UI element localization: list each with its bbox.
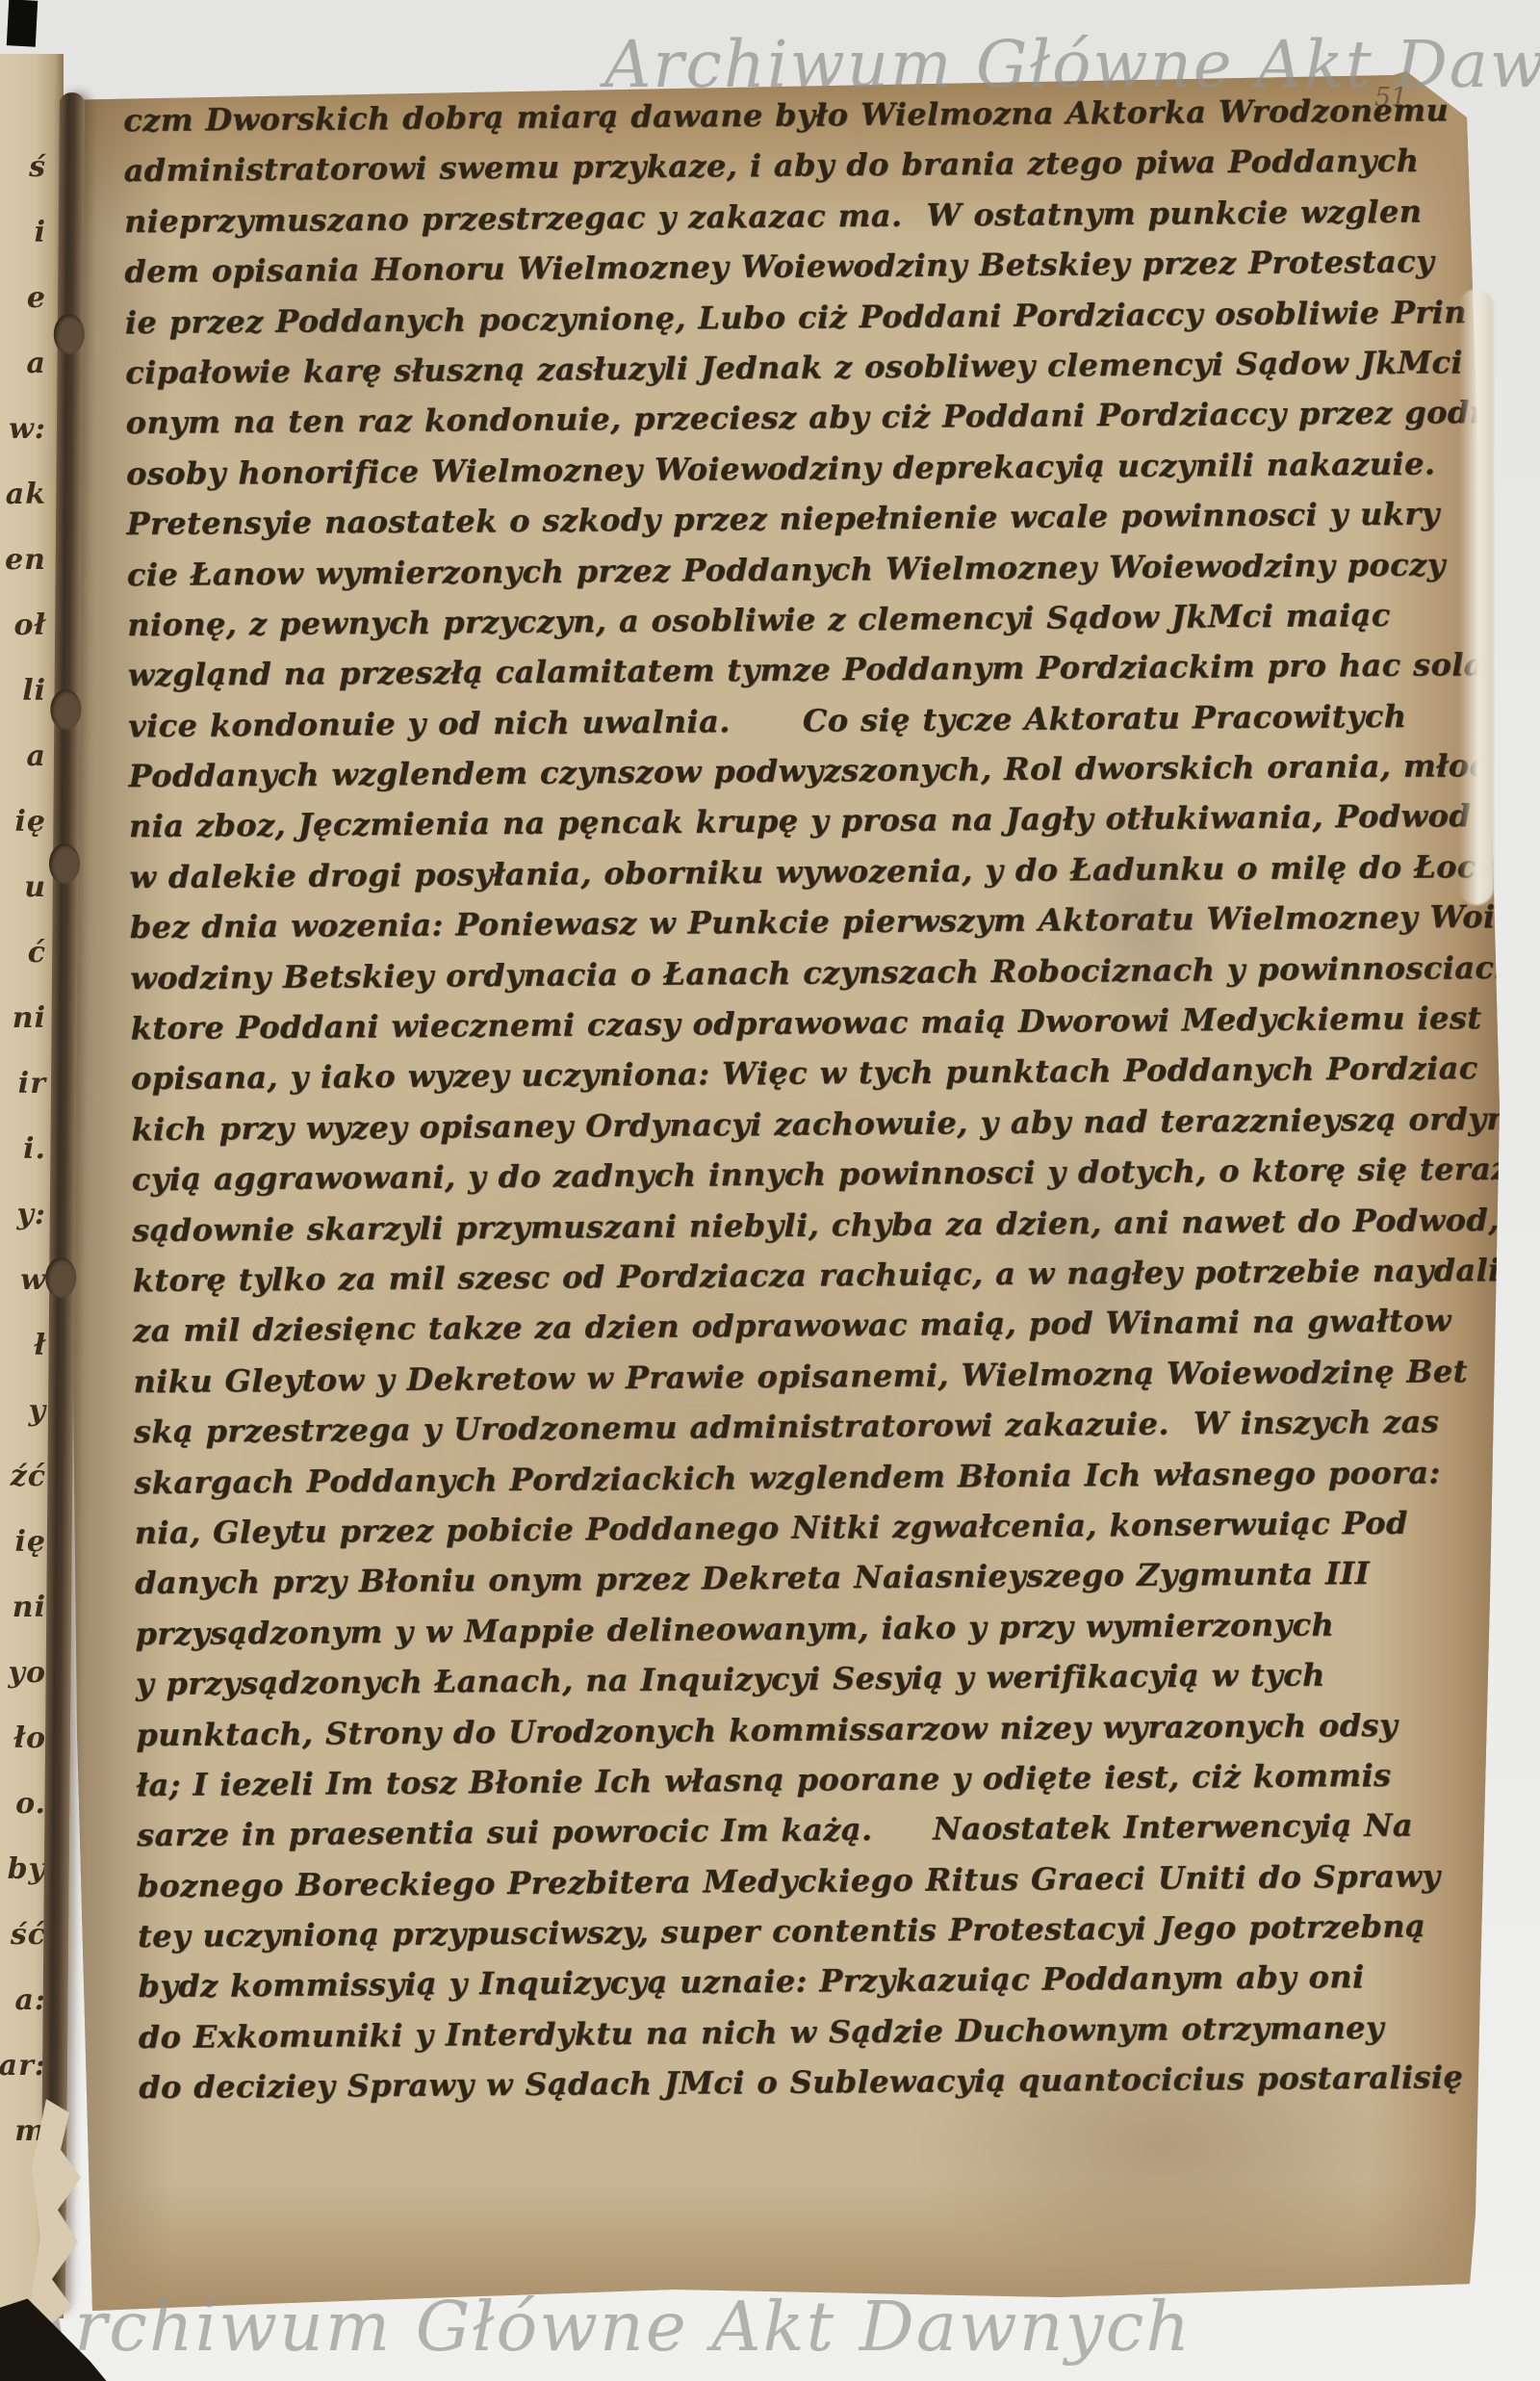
margin-text-fragment: ię [15, 1525, 46, 1559]
torn-right-edge [1459, 289, 1494, 905]
watermark-bottom: Archiwum Główne Akt Dawnych [23, 2287, 1192, 2367]
margin-text-fragment: ię [15, 805, 46, 839]
margin-text-fragment: en [5, 543, 46, 577]
margin-text-fragment: ni [13, 1591, 46, 1624]
margin-text-fragment: oł [13, 608, 46, 642]
margin-text-fragment: i [35, 216, 46, 249]
margin-text-fragment: y: [16, 1198, 46, 1231]
margin-text-fragment: ni [13, 1001, 46, 1035]
margin-text-fragment: ir [18, 1067, 46, 1100]
margin-text-fragment: w: [9, 412, 46, 446]
margin-text-fragment: yo [9, 1656, 46, 1690]
margin-text-fragment: ś [29, 150, 46, 184]
bookmark-ribbon-top [7, 0, 38, 47]
binding-knot [49, 843, 80, 884]
margin-text-fragment: źć [11, 1460, 46, 1493]
binding-knot [50, 689, 81, 730]
margin-text-fragment: ść [11, 1918, 46, 1952]
margin-text-fragment: ak [6, 478, 46, 511]
margin-text-fragment: a [27, 739, 46, 773]
margin-text-fragment: a [27, 347, 46, 380]
margin-text-fragment: w [20, 1263, 46, 1297]
margin-text-fragment: e [27, 281, 46, 315]
watermark-top: Archiwum Główne Akt Dawnych [604, 27, 1540, 102]
margin-text-fragment: ło [13, 1721, 46, 1755]
margin-text-fragment: o. [15, 1787, 46, 1821]
margin-text-fragment: u [24, 870, 46, 904]
margin-text-fragment: y [29, 1394, 46, 1428]
margin-text-fragment: ć [28, 936, 46, 970]
binding-knot [45, 1257, 76, 1298]
handwritten-line: do deciziey Sprawy w Sądach JMci o Suble… [139, 2058, 1486, 2119]
binding-knot [54, 314, 85, 354]
handwritten-text-block: czm Dworskich dobrą miarą dawane było Wi… [123, 91, 1486, 2120]
margin-text-fragment: a: [14, 1983, 46, 2017]
margin-text-fragment: ł [34, 1329, 46, 1362]
manuscript-page: 51 czm Dworskich dobrą miarą dawane było… [0, 0, 1540, 2381]
margin-text-fragment: by [8, 1852, 46, 1886]
scanned-manuscript: śieaw:akenołliaięućniiri.y:włyźćięniyoło… [0, 0, 1540, 2381]
margin-text-fragment: li [22, 674, 46, 708]
margin-text-fragment: ar: [0, 2049, 46, 2083]
margin-text-fragment: i. [23, 1132, 46, 1166]
